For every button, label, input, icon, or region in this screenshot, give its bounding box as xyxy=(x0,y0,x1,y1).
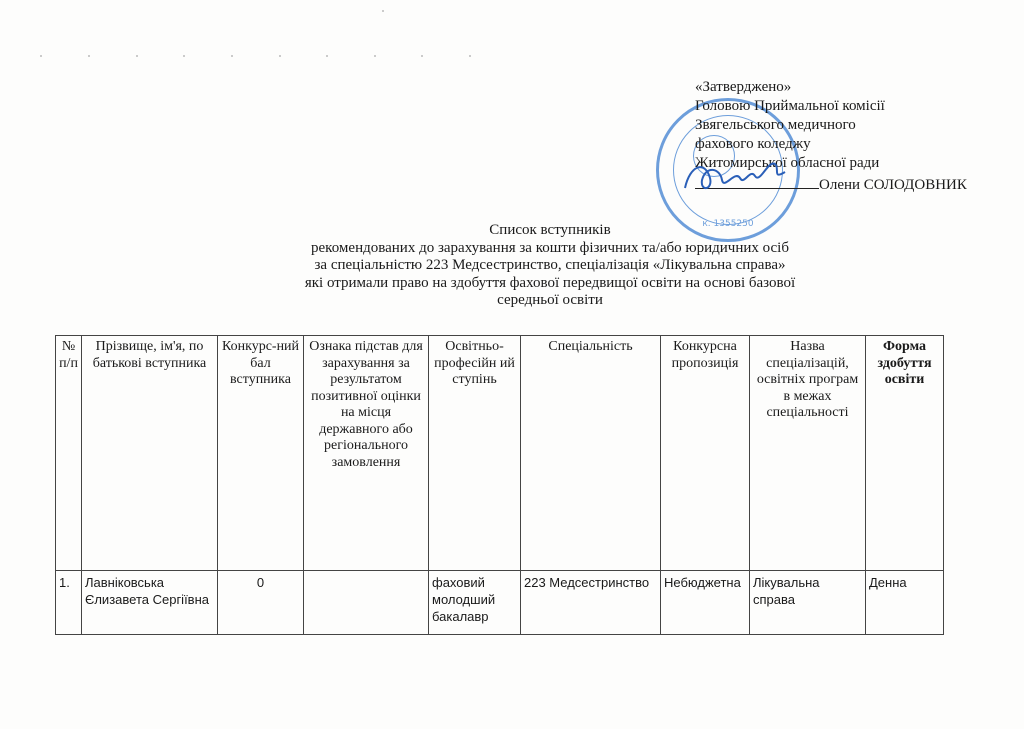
header-score: Конкурс-ний бал вступника xyxy=(218,336,304,571)
signatory-name: Олени СОЛОДОВНИК xyxy=(819,177,967,193)
cell-name: Лавніковська Єлизавета Сергіївна xyxy=(82,571,218,635)
header-specialty: Спеціальність xyxy=(521,336,661,571)
cell-basis xyxy=(304,571,429,635)
header-offer: Конкурсна пропозиція xyxy=(661,336,750,571)
approval-line: Головою Приймальної комісії xyxy=(695,97,967,116)
table-header-row: № п/п Прізвище, ім'я, по батькові вступн… xyxy=(56,336,944,571)
header-specialization: Назва спеціалізацій, освітніх програм в … xyxy=(750,336,866,571)
handwritten-signature xyxy=(680,150,790,200)
cell-degree: фаховий молодший бакалавр xyxy=(429,571,521,635)
cell-specialization: Лікувальна справа xyxy=(750,571,866,635)
cell-form: Денна xyxy=(866,571,944,635)
cell-number: 1. xyxy=(56,571,82,635)
document-title: Список вступників рекомендованих до зара… xyxy=(200,222,900,310)
title-line: за спеціальністю 223 Медсестринство, спе… xyxy=(200,257,900,275)
cell-specialty: 223 Медсестринство xyxy=(521,571,661,635)
header-basis: Ознака підстав для зарахування за резуль… xyxy=(304,336,429,571)
header-number: № п/п xyxy=(56,336,82,571)
title-line: середньої освіти xyxy=(200,292,900,310)
cell-offer: Небюджетна xyxy=(661,571,750,635)
approval-line: «Затверджено» xyxy=(695,78,967,97)
header-name: Прізвище, ім'я, по батькові вступника xyxy=(82,336,218,571)
approval-line: Звягельського медичного xyxy=(695,116,967,135)
title-line: рекомендованих до зарахування за кошти ф… xyxy=(200,240,900,258)
stamp-code: к. 1355250 xyxy=(659,219,797,229)
table-row: 1. Лавніковська Єлизавета Сергіївна 0 фа… xyxy=(56,571,944,635)
title-line: які отримали право на здобуття фахової п… xyxy=(200,275,900,293)
applicants-table: № п/п Прізвище, ім'я, по батькові вступн… xyxy=(55,335,944,635)
cell-score: 0 xyxy=(218,571,304,635)
header-form: Форма здобуття освіти xyxy=(866,336,944,571)
header-degree: Освітньо-професійн ий ступінь xyxy=(429,336,521,571)
